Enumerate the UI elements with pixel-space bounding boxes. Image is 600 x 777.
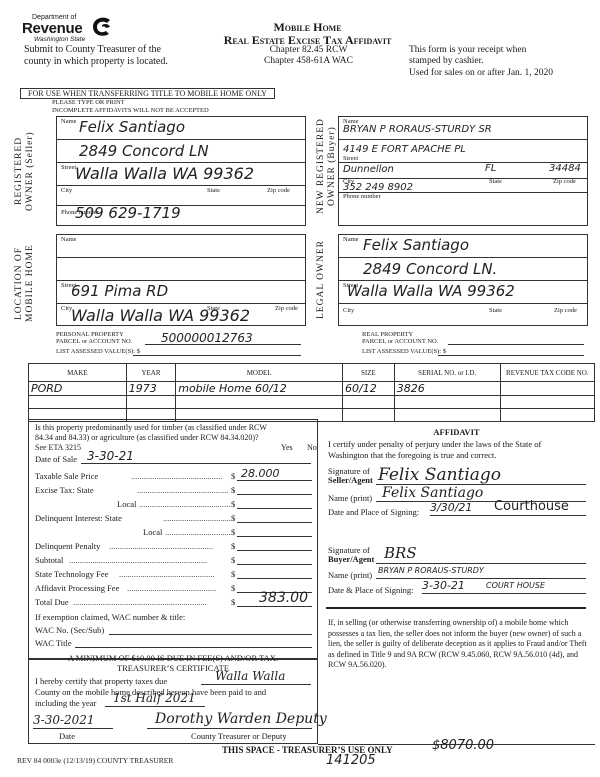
timber-question-line: See ETA 3215 bbox=[35, 443, 267, 453]
col-make: MAKE bbox=[29, 364, 127, 382]
legal-owner-address-row[interactable]: 2849 Concord LN. bbox=[339, 258, 587, 281]
buyer-date-place-field[interactable]: 3-30-21 COURT HOUSE bbox=[422, 583, 586, 594]
buyer-name-print-field[interactable]: BRYAN P RORAUS-STURDY bbox=[376, 568, 586, 579]
dollar-sign: $ bbox=[231, 499, 235, 509]
timber-question-line: Is this property predominantly used for … bbox=[35, 423, 267, 433]
total-due-value: 383.00 bbox=[259, 590, 308, 606]
zip-label: Zip code bbox=[275, 305, 298, 312]
phone-label: Phone number bbox=[343, 193, 381, 200]
location-name-row[interactable]: Name bbox=[57, 235, 305, 258]
affidavit-statement-line: Washington that the foregoing is true an… bbox=[328, 450, 541, 461]
personal-property-parcel-field[interactable]: 500000012763 bbox=[145, 334, 301, 345]
treasurer-year-value: 1st Half 2021 bbox=[113, 691, 196, 705]
zip-label: Zip code bbox=[553, 178, 576, 185]
timber-question: Is this property predominantly used for … bbox=[35, 423, 267, 453]
legal-owner-city-row[interactable]: City State Zip code bbox=[339, 304, 587, 326]
buyer-box: Name BRYAN P RORAUS-STURDY SR 4149 E FOR… bbox=[338, 116, 588, 226]
delinquent-interest-local-field[interactable] bbox=[237, 526, 312, 537]
zip-label: Zip code bbox=[267, 187, 290, 194]
seller-name-row[interactable]: Name Felix Santiago bbox=[57, 117, 305, 140]
timber-question-line: 84.34 and 84.33) or agriculture (as clas… bbox=[35, 433, 267, 443]
leader-dots: ........................................… bbox=[109, 541, 231, 551]
cell-serial[interactable]: 3826 bbox=[394, 382, 500, 396]
wac-title-label: WAC Title bbox=[35, 638, 72, 648]
seller-name-print-label: Name (print) bbox=[328, 493, 372, 503]
seller-address-row[interactable]: 2849 Concord LN bbox=[57, 140, 305, 163]
pp-label-line: PERSONAL PROPERTY bbox=[56, 331, 132, 338]
seller-city-line-value: Walla Walla WA 99362 bbox=[75, 164, 254, 183]
state-label: State bbox=[489, 307, 502, 314]
seller-section-label: REGISTERED OWNER (Seller) bbox=[14, 116, 44, 226]
legal-owner-section-label: LEGAL OWNER bbox=[316, 234, 332, 326]
dollar-sign: $ bbox=[231, 583, 235, 593]
name-label: Name bbox=[61, 236, 77, 243]
excise-state-label: Excise Tax: State bbox=[35, 485, 94, 495]
seller-signature-field[interactable]: Felix Santiago bbox=[376, 471, 586, 485]
total-due-label: Total Due bbox=[35, 597, 69, 607]
leader-dots: ........................................… bbox=[127, 583, 231, 593]
date-of-sale-label: Date of Sale bbox=[35, 454, 77, 464]
yes-option[interactable]: Yes bbox=[281, 443, 293, 452]
name-label: Name bbox=[61, 118, 77, 125]
seller-label-line1: REGISTERED bbox=[14, 137, 24, 205]
treasurer-certificate-box: TREASURER’S CERTIFICATE I hereby certify… bbox=[28, 659, 318, 744]
buyer-name-row[interactable]: Name BRYAN P RORAUS-STURDY SR bbox=[339, 117, 587, 140]
legal-owner-name-row[interactable]: Name Felix Santiago bbox=[339, 235, 587, 258]
no-option[interactable]: No bbox=[307, 443, 317, 452]
buyer-date-value: 3-30-21 bbox=[422, 579, 465, 592]
cell-size[interactable]: 60/12 bbox=[343, 382, 395, 396]
affidavit-processing-fee-label: Affidavit Processing Fee bbox=[35, 583, 119, 593]
used-for-note: Used for sales on or after Jan. 1, 2020 bbox=[409, 68, 553, 78]
date-of-sale-field[interactable]: 3-30-21 bbox=[81, 453, 311, 464]
table-row: PORD 1973 mobile Home 60/12 60/12 3826 bbox=[29, 382, 595, 396]
personal-property-label: PERSONAL PROPERTY PARCEL or ACCOUNT NO. bbox=[56, 331, 132, 345]
buyer-name-print-value: BRYAN P RORAUS-STURDY bbox=[378, 566, 484, 575]
location-street-value: 691 Pima RD bbox=[71, 282, 168, 300]
buyer-street-value: 4149 E FORT APACHE PL bbox=[343, 144, 466, 155]
location-box: Name Street 691 Pima RD City State Zip c… bbox=[56, 234, 306, 326]
chapter-ref: Chapter 82.45 RCW bbox=[236, 45, 381, 56]
dollar-sign: $ bbox=[231, 471, 235, 481]
city-label: City bbox=[343, 307, 354, 314]
table-header-row: MAKE YEAR MODEL SIZE SERIAL NO. or I.D. … bbox=[29, 364, 595, 382]
buyer-signature-label: Signature of Buyer/Agent bbox=[328, 546, 374, 564]
seller-address-value: 2849 Concord LN bbox=[79, 142, 209, 160]
logo-revenue-text: Revenue bbox=[22, 20, 82, 37]
seller-signature-value: Felix Santiago bbox=[378, 465, 501, 485]
street-label: Street bbox=[343, 155, 358, 162]
delinquent-interest-local-label: Local bbox=[143, 527, 162, 537]
dollar-sign: $ bbox=[231, 527, 235, 537]
legal-owner-street-row[interactable]: Street Walla Walla WA 99362 bbox=[339, 281, 587, 304]
legal-owner-box: Name Felix Santiago 2849 Concord LN. Str… bbox=[338, 234, 588, 326]
buyer-label-line2: OWNER (Buyer) bbox=[327, 126, 337, 206]
please-print-note: PLEASE TYPE OR PRINT bbox=[52, 99, 209, 107]
real-property-parcel-field[interactable] bbox=[448, 334, 584, 345]
location-city-row[interactable]: City State Zip code Walla Walla WA 99362 bbox=[57, 304, 305, 326]
buyer-name-value: BRYAN P RORAUS-STURDY SR bbox=[343, 124, 492, 135]
delinquent-interest-state-label: Delinquent Interest: State bbox=[35, 513, 122, 523]
cell-model[interactable]: mobile Home 60/12 bbox=[176, 382, 343, 396]
receipt-note: This form is your receipt when stamped b… bbox=[409, 45, 526, 67]
col-model: MODEL bbox=[176, 364, 343, 382]
assessed-value-field-right[interactable] bbox=[438, 348, 584, 356]
dor-logo: Department of Revenue Washington State bbox=[22, 14, 112, 44]
street-label: Street bbox=[61, 164, 76, 171]
rp-label-line: REAL PROPERTY bbox=[362, 331, 438, 338]
seller-name-print-value: Felix Santiago bbox=[382, 485, 483, 501]
treasurer-date-field[interactable]: 3-30-2021 bbox=[33, 715, 113, 729]
excise-local-field[interactable] bbox=[237, 498, 312, 509]
leader-dots: ........................................… bbox=[139, 499, 231, 509]
delinquent-interest-state-field[interactable] bbox=[237, 512, 312, 523]
dollar-sign: $ bbox=[231, 597, 235, 607]
buyer-signature-value: BRS bbox=[384, 544, 417, 562]
legal-owner-address-value: 2849 Concord LN. bbox=[363, 260, 497, 278]
logo-state-text: Washington State bbox=[34, 36, 85, 43]
location-label-line2: MOBILE HOME bbox=[25, 244, 35, 322]
location-city-line-value: Walla Walla WA 99362 bbox=[71, 306, 250, 325]
location-line2-row[interactable] bbox=[57, 258, 305, 281]
treasurer-county-value: Walla Walla bbox=[215, 669, 285, 683]
signature-label: County Treasurer or Deputy bbox=[191, 731, 287, 741]
seller-phone-row[interactable]: Phone number 509 629-1719 bbox=[57, 206, 305, 226]
for-use-banner: FOR USE WHEN TRANSFERRING TITLE TO MOBIL… bbox=[20, 88, 275, 99]
dollar-sign: $ bbox=[231, 541, 235, 551]
wac-no-label: WAC No. (Sec/Sub) bbox=[35, 625, 104, 635]
affidavit-title: AFFIDAVIT bbox=[318, 427, 595, 437]
col-year: YEAR bbox=[126, 364, 175, 382]
buyer-zip-value: 34484 bbox=[549, 163, 581, 174]
buyer-label-line1: NEW REGISTERED bbox=[316, 118, 326, 214]
treasurer-cert-line1: I hereby certify that property taxes due bbox=[35, 676, 167, 686]
sig-label-line: Buyer/Agent bbox=[328, 555, 374, 564]
dollar-sign: $ bbox=[231, 555, 235, 565]
cell-model[interactable] bbox=[176, 396, 343, 409]
rp-label-line: PARCEL or ACCOUNT NO. bbox=[362, 338, 438, 345]
subtotal-field[interactable] bbox=[237, 554, 312, 565]
receipt-note-line: stamped by cashier. bbox=[409, 56, 526, 67]
cell-make[interactable] bbox=[29, 396, 127, 409]
taxable-sale-price-field[interactable]: 28.000 bbox=[237, 470, 312, 481]
parcel-value: 500000012763 bbox=[161, 331, 253, 345]
lien-warning: If, in selling (or otherwise transferrin… bbox=[328, 618, 593, 671]
leader-dots: ........................................… bbox=[131, 471, 231, 481]
state-label: State bbox=[489, 178, 502, 185]
total-due-field[interactable]: 383.00 bbox=[237, 596, 312, 607]
buyer-phone-row[interactable]: City State Zip code 352 249 8902 bbox=[339, 179, 587, 193]
dollar-sign: $ bbox=[231, 485, 235, 495]
cell-make[interactable]: PORD bbox=[29, 382, 127, 396]
state-tech-fee-field[interactable] bbox=[237, 568, 312, 579]
col-tax-code: REVENUE TAX CODE NO. bbox=[500, 364, 594, 382]
submit-note: Submit to County Treasurer of the county… bbox=[24, 44, 168, 68]
chapter-ref: Chapter 458-61A WAC bbox=[236, 56, 381, 67]
tax-calculation-box: Is this property predominantly used for … bbox=[28, 419, 318, 659]
leader-dots: ........................................… bbox=[73, 597, 231, 607]
seller-phone-value: 509 629-1719 bbox=[75, 204, 181, 222]
excise-local-label: Local bbox=[117, 499, 136, 509]
treasurer-cert-line3: including the year bbox=[35, 698, 96, 708]
affidavit-statement-line: I certify under penalty of perjury under… bbox=[328, 439, 541, 450]
cell-size[interactable] bbox=[343, 396, 395, 409]
seller-signature-label: Signature of Seller/Agent bbox=[328, 467, 373, 485]
treasurer-signature-value: Dorothy Warden Deputy bbox=[155, 711, 327, 727]
col-serial: SERIAL NO. or I.D. bbox=[394, 364, 500, 382]
cell-year[interactable] bbox=[126, 396, 175, 409]
buyer-street-row[interactable]: 4149 E FORT APACHE PL Street bbox=[339, 140, 587, 163]
location-section-label: LOCATION OF MOBILE HOME bbox=[14, 236, 44, 330]
seller-box: Name Felix Santiago 2849 Concord LN Stre… bbox=[56, 116, 306, 226]
cell-serial[interactable] bbox=[394, 396, 500, 409]
seller-date-value: 3/30/21 bbox=[430, 501, 472, 514]
taxable-sale-price-value: 28.000 bbox=[241, 467, 280, 480]
incomplete-note: INCOMPLETE AFFIDAVITS WILL NOT BE ACCEPT… bbox=[52, 107, 209, 115]
wac-no-field[interactable] bbox=[109, 624, 312, 635]
real-property-label: REAL PROPERTY PARCEL or ACCOUNT NO. bbox=[362, 331, 438, 345]
dollar-sign: $ bbox=[231, 569, 235, 579]
leader-dots: ........................................… bbox=[69, 555, 231, 565]
excise-state-field[interactable] bbox=[237, 484, 312, 495]
dor-swoosh-icon bbox=[90, 16, 114, 38]
chapter-refs: Chapter 82.45 RCW Chapter 458-61A WAC bbox=[236, 45, 381, 67]
sig-label-line: Seller/Agent bbox=[328, 476, 373, 485]
cell-year[interactable]: 1973 bbox=[126, 382, 175, 396]
assessed-value-field-left[interactable] bbox=[133, 348, 301, 356]
form-title: Mobile Home Real Estate Excise Tax Affid… bbox=[210, 21, 405, 47]
delinquent-penalty-label: Delinquent Penalty bbox=[35, 541, 100, 551]
buyer-state-value: FL bbox=[485, 163, 496, 174]
affidavit-divider bbox=[326, 607, 586, 609]
buyer-phone-label-row: Phone number bbox=[339, 193, 587, 226]
seller-place-value: Courthouse bbox=[494, 499, 569, 514]
date-of-sale-value: 3-30-21 bbox=[87, 449, 134, 463]
seller-label-line2: OWNER (Seller) bbox=[25, 131, 35, 211]
buyer-place-value: COURT HOUSE bbox=[486, 581, 545, 590]
taxable-sale-price-label: Taxable Sale Price bbox=[35, 471, 98, 481]
treasurer-county-field[interactable]: Walla Walla bbox=[201, 674, 311, 685]
receipt-note-line: This form is your receipt when bbox=[409, 45, 526, 56]
date-label: Date bbox=[59, 731, 75, 741]
form-id: REV 84 0003e (12/13/19) COUNTY TREASURER bbox=[17, 756, 173, 765]
buyer-phone-value: 352 249 8902 bbox=[343, 182, 413, 193]
treasurer-signature-field[interactable]: Dorothy Warden Deputy bbox=[147, 715, 312, 729]
assessed-value-label-left: LIST ASSESSED VALUE(S): $ bbox=[56, 348, 140, 355]
location-label-line1: LOCATION OF bbox=[14, 247, 24, 320]
assessed-value-label-right: LIST ASSESSED VALUE(S): $ bbox=[362, 348, 446, 355]
buyer-city-row[interactable]: Dunnellon FL 34484 bbox=[339, 163, 587, 179]
seller-city-row[interactable]: City State Zip code bbox=[57, 186, 305, 206]
name-label: Name bbox=[343, 236, 359, 243]
divider bbox=[29, 659, 317, 660]
seller-name-value: Felix Santiago bbox=[79, 118, 185, 136]
table-row bbox=[29, 396, 595, 409]
legal-owner-name-value: Felix Santiago bbox=[363, 236, 469, 254]
buyer-date-place-label: Date & Place of Signing: bbox=[328, 585, 413, 595]
treasurer-year-field[interactable]: 1st Half 2021 bbox=[105, 696, 205, 707]
leader-dots: ........................................… bbox=[137, 485, 231, 495]
buyer-name-print-label: Name (print) bbox=[328, 570, 372, 580]
treasurer-date-value: 3-30-2021 bbox=[33, 713, 95, 727]
amount-paid-value: $8070.00 bbox=[432, 738, 494, 753]
submit-note-line: Submit to County Treasurer of the bbox=[24, 44, 168, 56]
exemption-label: If exemption claimed, WAC number & title… bbox=[35, 612, 185, 622]
instructions: PLEASE TYPE OR PRINT INCOMPLETE AFFIDAVI… bbox=[52, 99, 209, 115]
leader-dots: ........................................… bbox=[165, 527, 231, 537]
pp-label-line: PARCEL or ACCOUNT NO. bbox=[56, 338, 132, 345]
seller-street-row[interactable]: Street Walla Walla WA 99362 bbox=[57, 163, 305, 186]
city-label: City bbox=[61, 187, 72, 194]
cell-tax-code[interactable] bbox=[500, 396, 594, 409]
submit-note-line: county in which property is located. bbox=[24, 56, 168, 68]
affidavit-section: AFFIDAVIT I certify under penalty of per… bbox=[318, 419, 595, 647]
cell-tax-code[interactable] bbox=[500, 382, 594, 396]
delinquent-penalty-field[interactable] bbox=[237, 540, 312, 551]
leader-dots: ........................................… bbox=[119, 569, 231, 579]
state-tech-fee-label: State Technology Fee bbox=[35, 569, 108, 579]
seller-date-place-field[interactable]: 3/30/21 Courthouse bbox=[430, 505, 586, 516]
state-label: State bbox=[207, 187, 220, 194]
buyer-signature-field[interactable]: BRS bbox=[376, 550, 586, 564]
affidavit-statement: I certify under penalty of perjury under… bbox=[328, 439, 541, 461]
receipt-number-value: 141205 bbox=[326, 753, 376, 768]
mobile-home-table: MAKE YEAR MODEL SIZE SERIAL NO. or I.D. … bbox=[28, 363, 595, 422]
zip-label: Zip code bbox=[554, 307, 577, 314]
subtotal-label: Subtotal bbox=[35, 555, 63, 565]
location-street-row[interactable]: Street 691 Pima RD bbox=[57, 281, 305, 304]
wac-title-field[interactable] bbox=[75, 637, 312, 648]
seller-date-place-label: Date and Place of Signing: bbox=[328, 507, 419, 517]
col-size: SIZE bbox=[343, 364, 395, 382]
buyer-city-value: Dunnellon bbox=[343, 164, 394, 175]
legal-owner-city-line-value: Walla Walla WA 99362 bbox=[347, 282, 515, 300]
leader-dots: ........................................… bbox=[163, 513, 231, 523]
dollar-sign: $ bbox=[231, 513, 235, 523]
